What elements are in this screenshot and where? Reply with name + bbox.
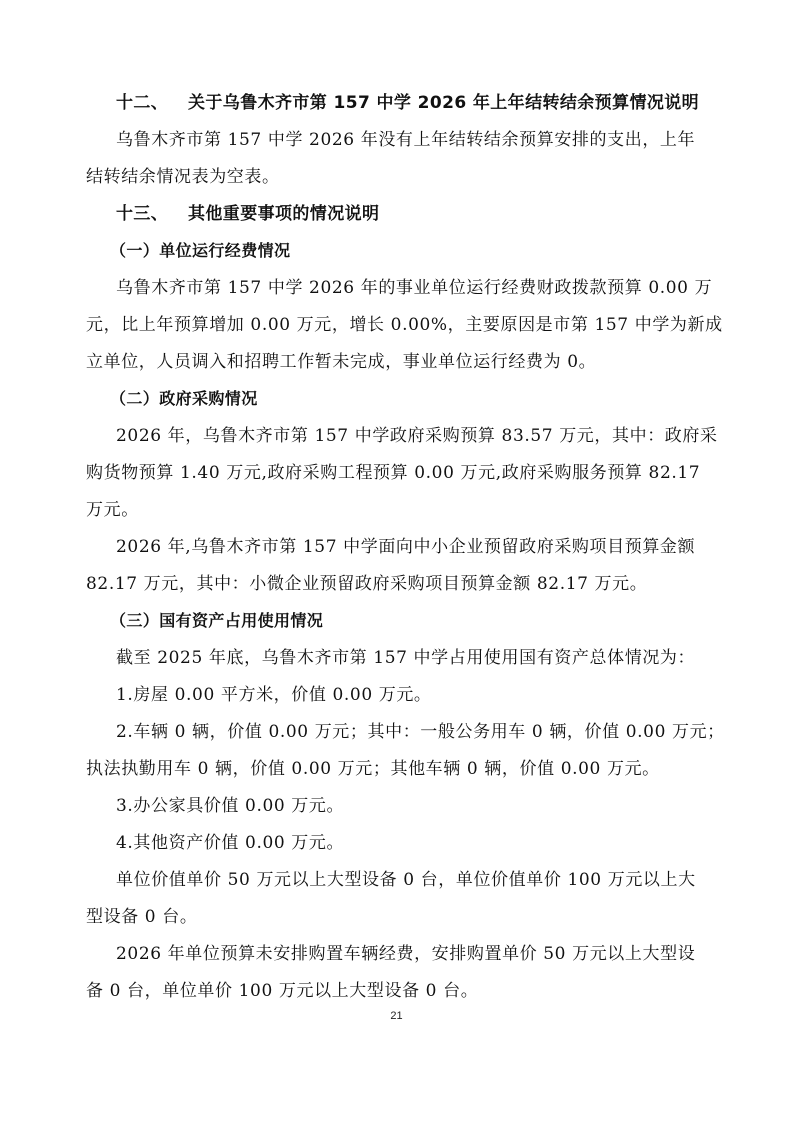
- paragraph-line: 1.房屋 0.00 平方米，价值 0.00 万元。: [116, 684, 432, 706]
- paragraph-line: 截至 2025 年底，乌鲁木齐市第 157 中学占用使用国有资产总体情况为：: [116, 647, 695, 669]
- paragraph-line: 2026 年单位预算未安排购置车辆经费，安排购置单价 50 万元以上大型设: [116, 943, 695, 965]
- section-title: 关于乌鲁木齐市第 157 中学 2026 年上年结转结余预算情况说明: [188, 93, 699, 113]
- paragraph-line: 3.办公家具价值 0.00 万元。: [116, 795, 344, 817]
- paragraph-line: 4.其他资产价值 0.00 万元。: [116, 832, 344, 854]
- paragraph-line: 购货物预算 1.40 万元,政府采购工程预算 0.00 万元,政府采购服务预算 …: [86, 462, 700, 484]
- section-heading-13: 十三、其他重要事项的情况说明: [116, 203, 379, 225]
- section-heading-12: 十二、关于乌鲁木齐市第 157 中学 2026 年上年结转结余预算情况说明: [116, 92, 699, 114]
- paragraph-line: 乌鲁木齐市第 157 中学 2026 年没有上年结转结余预算安排的支出，上年: [116, 129, 695, 151]
- paragraph-line: 2026 年,乌鲁木齐市第 157 中学面向中小企业预留政府采购项目预算金额: [116, 536, 695, 558]
- paragraph-line: 乌鲁木齐市第 157 中学 2026 年的事业单位运行经费财政拨款预算 0.00…: [116, 277, 712, 299]
- paragraph-line: 单位价值单价 50 万元以上大型设备 0 台，单位价值单价 100 万元以上大: [116, 869, 696, 891]
- paragraph-line: 结转结余情况表为空表。: [86, 166, 280, 188]
- subsection-heading-3: （三）国有资产占用使用情况: [110, 610, 323, 632]
- subsection-heading-2: （二）政府采购情况: [110, 388, 258, 410]
- paragraph-line: 82.17 万元，其中：小微企业预留政府采购项目预算金额 82.17 万元。: [86, 573, 647, 595]
- section-title: 其他重要事项的情况说明: [188, 204, 379, 224]
- paragraph-line: 立单位，人员调入和招聘工作暂未完成，事业单位运行经费为 0。: [86, 351, 596, 373]
- section-number: 十二、: [116, 92, 188, 114]
- section-number: 十三、: [116, 203, 188, 225]
- paragraph-line: 备 0 台，单位单价 100 万元以上大型设备 0 台。: [86, 980, 478, 1002]
- paragraph-line: 万元。: [86, 499, 139, 521]
- page-number: 21: [0, 1010, 793, 1022]
- document-page: 十二、关于乌鲁木齐市第 157 中学 2026 年上年结转结余预算情况说明 乌鲁…: [0, 0, 793, 1122]
- paragraph-line: 型设备 0 台。: [86, 906, 197, 928]
- paragraph-line: 2.车辆 0 辆，价值 0.00 万元；其中：一般公务用车 0 辆，价值 0.0…: [116, 721, 725, 743]
- paragraph-line: 元，比上年预算增加 0.00 万元，增长 0.00%，主要原因是市第 157 中…: [86, 314, 723, 336]
- paragraph-line: 执法执勤用车 0 辆，价值 0.00 万元；其他车辆 0 辆，价值 0.00 万…: [86, 758, 660, 780]
- paragraph-line: 2026 年，乌鲁木齐市第 157 中学政府采购预算 83.57 万元，其中：政…: [116, 425, 718, 447]
- subsection-heading-1: （一）单位运行经费情况: [110, 240, 290, 262]
